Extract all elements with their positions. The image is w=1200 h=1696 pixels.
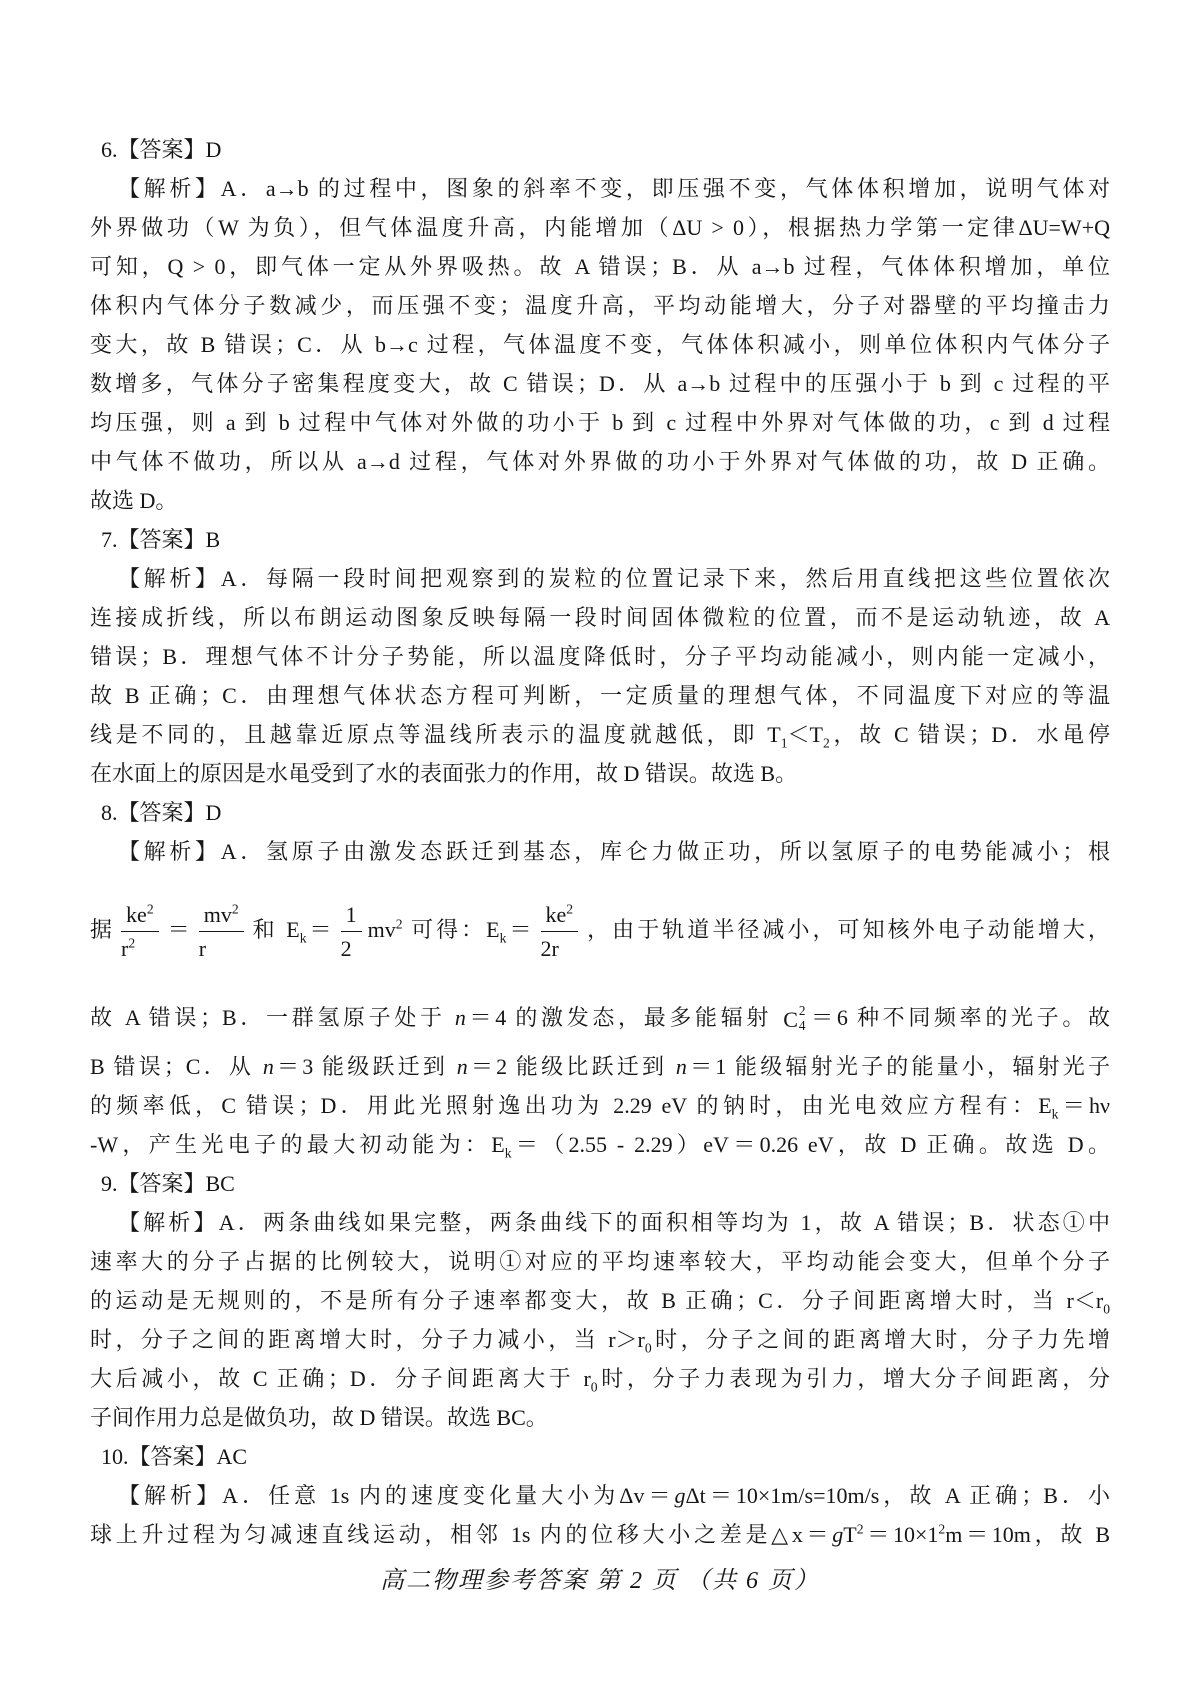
text-line-16: 线是不同的，且越靠近原点等温线所表示的温度就越低，即 T1＜T2，故 C 错误；…: [90, 715, 1110, 754]
text-line-10: 故选 D。: [90, 481, 1110, 520]
text-line-28: 的运动是无规则的，不是所有分子速率都变大，故 B 正确；C．分子间距离增大时，当…: [90, 1281, 1110, 1320]
combination-symbol: C24: [783, 991, 805, 1049]
text-line-11: 7.【答案】B: [90, 520, 1110, 559]
text-line-23: 的频率低，C 错误；D．用此光照射逸出功为 2.29 eV 的钠时，由光电效应方…: [90, 1086, 1110, 1125]
text-line-6: 变大，故 B 错误；C．从 b→c 过程，气体温度不变，气体体积减小，则单位体积…: [90, 325, 1110, 364]
text-line-12: 【解析】A．每隔一段时间把观察到的炭粒的位置记录下来，然后用直线把这些位置依次: [90, 559, 1110, 598]
page-footer: 高二物理参考答案 第 2 页 （共 6 页）: [90, 1562, 1110, 1600]
fraction: mv2r: [199, 901, 244, 963]
text-line-2: 【解析】A．a→b 的过程中，图象的斜率不变，即压强不变，气体体积增加，说明气体…: [90, 169, 1110, 208]
text-line-31: 子间作用力总是做负功，故 D 错误。故选 BC。: [90, 1398, 1110, 1437]
text-line-30: 大后减小，故 C 正确；D．分子间距离大于 r0时，分子力表现为引力，增大分子间…: [90, 1359, 1110, 1398]
text-line-25: 9.【答案】BC: [90, 1164, 1110, 1203]
text-line-17: 在水面上的原因是水黾受到了水的表面张力的作用，故 D 错误。故选 B。: [90, 754, 1110, 793]
text-line-9: 中气体不做功，所以从 a→d 过程，气体对外界做的功小于外界对气体做的功，故 D…: [90, 442, 1110, 481]
text-line-3: 外界做功（W 为负），但气体温度升高，内能增加（ΔU > 0），根据热力学第一定…: [90, 208, 1110, 247]
text-line-27: 速率大的分子占据的比例较大，说明①对应的平均速率较大，平均动能会变大，但单个分子: [90, 1242, 1110, 1281]
text-line-22: B 错误；C．从 n＝3 能级跃迁到 n＝2 能级比跃迁到 n＝1 能级辐射光子…: [90, 1047, 1110, 1086]
fraction: ke22r: [541, 901, 579, 963]
text-line-33: 【解析】A．任意 1s 内的速度变化量大小为Δv＝gΔt＝10×1m/s=10m…: [90, 1476, 1110, 1515]
answer-sheet-page: 6.【答案】D【解析】A．a→b 的过程中，图象的斜率不变，即压强不变，气体体积…: [0, 0, 1200, 1600]
text-line-19: 【解析】A．氢原子由激发态跃迁到基态，库仑力做正功，所以氢原子的电势能减小；根: [90, 832, 1110, 871]
text-line-8: 均压强，则 a 到 b 过程中气体对外做的功小于 b 到 c 过程中外界对气体做…: [90, 403, 1110, 442]
fraction: 12: [341, 901, 362, 963]
text-line-21: 故 A 错误；B．一群氢原子处于 n＝4 的激发态，最多能辐射 C24＝6 种不…: [90, 989, 1110, 1047]
text-line-13: 连接成折线，所以布朗运动图象反映每隔一段时间固体微粒的位置，而不是运动轨迹，故 …: [90, 598, 1110, 637]
text-line-7: 数增多，气体分子密集程度变大，故 C 错误；D．从 a→b 过程中的压强小于 b…: [90, 364, 1110, 403]
text-line-24: -W，产生光电子的最大初动能为：Ek＝（2.55 - 2.29）eV＝0.26 …: [90, 1125, 1110, 1164]
text-line-14: 错误；B．理想气体不计分子势能，所以温度降低时，分子平均动能减小，则内能一定减小…: [90, 637, 1110, 676]
fraction: ke2r2: [121, 901, 159, 963]
text-line-18: 8.【答案】D: [90, 793, 1110, 832]
text-line-32: 10.【答案】AC: [90, 1437, 1110, 1476]
text-line-1: 6.【答案】D: [90, 130, 1110, 169]
text-line-4: 可知，Q > 0，即气体一定从外界吸热。故 A 错误；B．从 a→b 过程，气体…: [90, 247, 1110, 286]
text-line-26: 【解析】A．两条曲线如果完整，两条曲线下的面积相等均为 1，故 A 错误；B．状…: [90, 1203, 1110, 1242]
text-line-15: 故 B 正确；C．由理想气体状态方程可判断，一定质量的理想气体，不同温度下对应的…: [90, 676, 1110, 715]
text-line-5: 体积内气体分子数减少，而压强不变；温度升高，平均动能增大，分子对器壁的平均撞击力: [90, 286, 1110, 325]
answer-text-body: 6.【答案】D【解析】A．a→b 的过程中，图象的斜率不变，即压强不变，气体体积…: [90, 130, 1110, 1554]
text-line-34: 球上升过程为匀减速直线运动，相邻 1s 内的位移大小之差是△x＝gT2＝10×1…: [90, 1515, 1110, 1554]
text-line-29: 时，分子之间的距离增大时，分子力减小，当 r＞r0时，分子之间的距离增大时，分子…: [90, 1320, 1110, 1359]
text-line-20: 据ke2r2＝mv2r和 Ek＝12mv2 可得：Ek＝ke22r，由于轨道半径…: [90, 871, 1110, 989]
